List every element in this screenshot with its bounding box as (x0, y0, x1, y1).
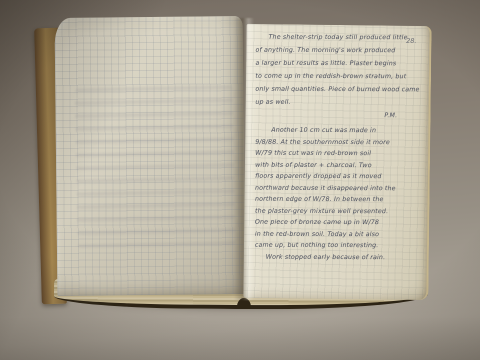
handwritten-line: only small quantities. Piece of burned w… (255, 83, 423, 97)
handwritten-line: the plaster-grey mixture well presented. (255, 205, 423, 217)
entry-paragraph-afternoon: Another 10 cm cut was made in 9/8/88. At… (255, 125, 423, 264)
handwritten-line: with bits of plaster + charcoal. Two (255, 159, 423, 171)
handwritten-line: W/79 this cut was in red-brown soil (255, 148, 423, 160)
handwritten-line: The shelter-strip today still produced l… (256, 31, 424, 45)
handwritten-line: up as well. (255, 96, 423, 110)
handwritten-line: of anything. The morning's work produced (255, 44, 423, 58)
handwritten-line: floors apparently dropped as it moved (255, 171, 423, 183)
handwritten-line: One piece of bronze came up in W/78 (255, 217, 423, 229)
handwritten-entry: The shelter-strip today still produced l… (255, 31, 424, 264)
gutter-notch (237, 298, 251, 308)
handwritten-line: a larger but results as little. Plaster … (255, 57, 423, 71)
show-through-writing (75, 85, 236, 248)
handwritten-line: in the red-brown soil. Today a bit also (255, 228, 423, 240)
handwritten-line: Work stopped early because of rain. (255, 251, 423, 263)
handwritten-line: northward because it disappeared into th… (255, 182, 423, 194)
handwritten-line: northern edge of W/78. In between the (255, 194, 423, 206)
handwritten-line: Another 10 cm cut was made in (255, 125, 423, 137)
right-page: 28. The shelter-strip today still produc… (243, 24, 431, 300)
handwritten-line: came up, but nothing too interesting. (255, 240, 423, 252)
entry-paragraph-morning: The shelter-strip today still produced l… (255, 31, 423, 110)
left-page (55, 16, 246, 296)
notebook-photo: 28. The shelter-strip today still produc… (0, 0, 480, 360)
handwritten-line: to come up in the reddish-brown stratum,… (255, 70, 423, 84)
handwritten-line: 9/8/88. At the southernmost side it more (255, 136, 423, 148)
pm-heading: P.M. (255, 110, 423, 122)
